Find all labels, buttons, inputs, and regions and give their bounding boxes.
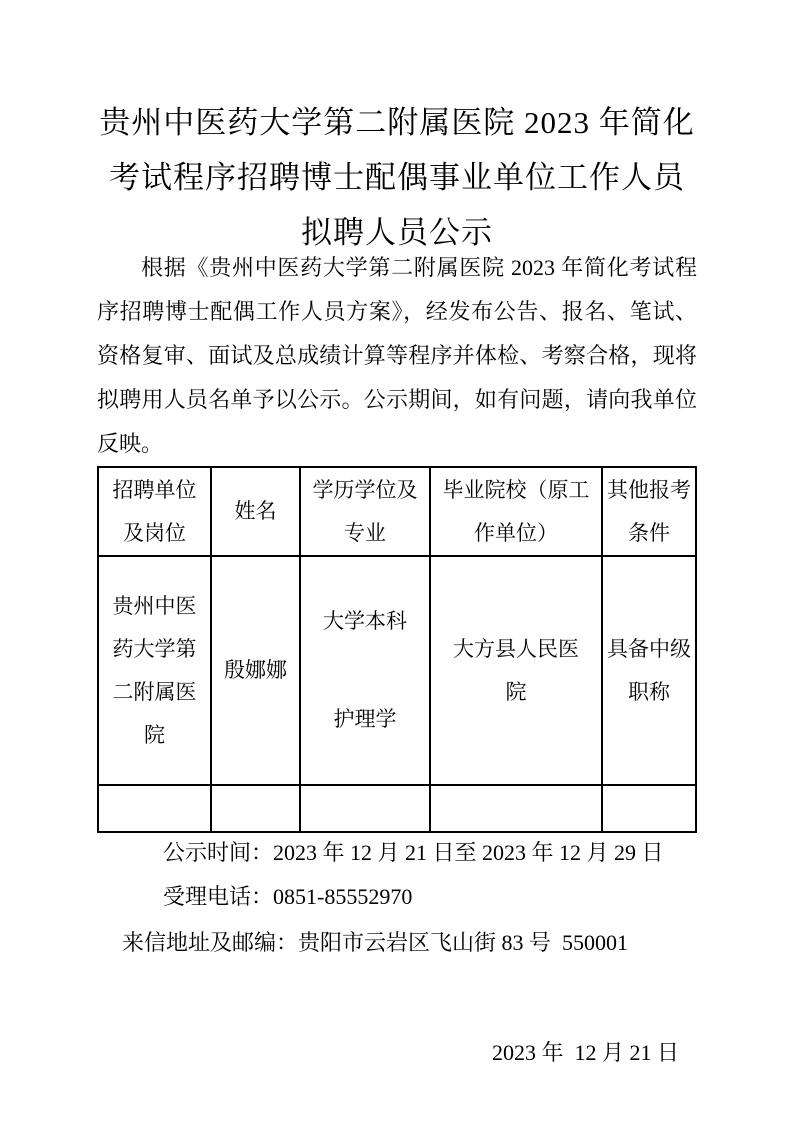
publicity-period-line: 公示时间：2023 年 12 月 21 日至 2023 年 12 月 29 日 — [97, 833, 697, 873]
table-row: 贵州中医 药大学第 二附属医 院 殷娜娜 大学本科 护理学 大方县人民医 院 具… — [98, 556, 696, 785]
cell-other-conditions-empty — [602, 785, 696, 832]
proposed-hires-table: 招聘单位 及岗位 姓名 学历学位及 专业 毕业院校（原工 作单位） 其他报考 条… — [97, 466, 697, 833]
title-line-1: 贵州中医药大学第二附属医院 2023 年简化 — [97, 95, 697, 150]
document-page: 贵州中医药大学第二附属医院 2023 年简化 考试程序招聘博士配偶事业单位工作人… — [0, 0, 793, 1122]
cell-school: 大方县人民医 院 — [430, 556, 602, 785]
cell-other-conditions: 具备中级 职称 — [602, 556, 696, 785]
contact-phone-line: 受理电话：0851-85552970 — [97, 877, 697, 917]
cell-name-empty — [211, 785, 300, 832]
header-recruiting-unit: 招聘单位 及岗位 — [98, 467, 211, 556]
header-education: 学历学位及 专业 — [300, 467, 430, 556]
header-other-conditions: 其他报考 条件 — [602, 467, 696, 556]
header-school: 毕业院校（原工 作单位） — [430, 467, 602, 556]
cell-education-major: 护理学 — [303, 698, 427, 741]
body-paragraph: 根据《贵州中医药大学第二附属医院 2023 年简化考试程序招聘博士配偶工作人员方… — [97, 246, 697, 466]
cell-name: 殷娜娜 — [211, 556, 300, 785]
issue-date: 2023 年 12 月 21 日 — [97, 1031, 697, 1075]
cell-school-empty — [430, 785, 602, 832]
cell-recruiting-unit-empty — [98, 785, 211, 832]
title-line-2: 考试程序招聘博士配偶事业单位工作人员 — [97, 150, 697, 205]
cell-education-empty — [300, 785, 430, 832]
mailing-address-line: 来信地址及邮编：贵阳市云岩区飞山街 83 号 550001 — [97, 923, 697, 963]
document-title: 贵州中医药大学第二附属医院 2023 年简化 考试程序招聘博士配偶事业单位工作人… — [97, 95, 697, 260]
header-name: 姓名 — [211, 467, 300, 556]
table-header-row: 招聘单位 及岗位 姓名 学历学位及 专业 毕业院校（原工 作单位） 其他报考 条… — [98, 467, 696, 556]
cell-education-degree: 大学本科 — [303, 600, 427, 643]
cell-recruiting-unit: 贵州中医 药大学第 二附属医 院 — [98, 556, 211, 785]
cell-education: 大学本科 护理学 — [300, 556, 430, 785]
table-row-empty — [98, 785, 696, 832]
